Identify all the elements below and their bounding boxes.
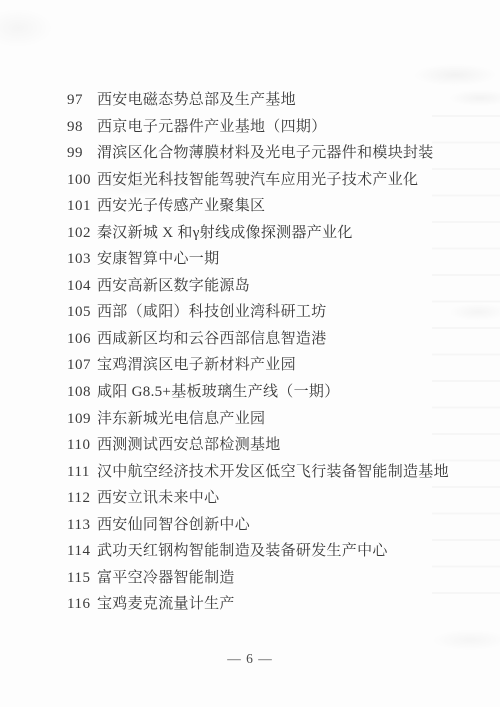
list-item: 111汉中航空经济技术开发区低空飞行装备智能制造基地: [67, 459, 449, 486]
document-page: 97西安电磁态势总部及生产基地98西京电子元器件产业基地（四期）99渭滨区化合物…: [0, 0, 500, 707]
item-title: 武功天红钢构智能制造及装备研发生产中心: [97, 538, 388, 565]
list-item: 108咸阳 G8.5+基板玻璃生产线（一期）: [67, 379, 449, 406]
item-title: 西安光子传感产业聚集区: [97, 193, 265, 220]
item-number: 110: [67, 432, 97, 459]
item-title: 西安仙同智谷创新中心: [97, 512, 250, 539]
list-item: 100西安炬光科技智能驾驶汽车应用光子技术产业化: [67, 167, 449, 194]
list-item: 116宝鸡麦克流量计生产: [67, 591, 449, 618]
item-title: 西测测试西安总部检测基地: [97, 432, 281, 459]
project-list: 97西安电磁态势总部及生产基地98西京电子元器件产业基地（四期）99渭滨区化合物…: [67, 87, 449, 618]
list-item: 102秦汉新城 X 和γ射线成像探测器产业化: [67, 220, 449, 247]
item-title: 渭滨区化合物薄膜材料及光电子元器件和模块封装: [97, 140, 434, 167]
item-number: 107: [67, 352, 97, 379]
list-item: 115富平空冷器智能制造: [67, 565, 449, 592]
list-item: 109沣东新城光电信息产业园: [67, 406, 449, 433]
item-title: 西京电子元器件产业基地（四期）: [97, 114, 327, 141]
item-number: 101: [67, 193, 97, 220]
item-title: 安康智算中心一期: [97, 246, 219, 273]
list-item: 105西部（咸阳）科技创业湾科研工坊: [67, 299, 449, 326]
item-title: 秦汉新城 X 和γ射线成像探测器产业化: [97, 220, 353, 247]
item-title: 西安高新区数字能源岛: [97, 273, 250, 300]
item-number: 112: [67, 485, 97, 512]
item-number: 103: [67, 246, 97, 273]
item-number: 102: [67, 220, 97, 247]
item-number: 108: [67, 379, 97, 406]
item-title: 咸阳 G8.5+基板玻璃生产线（一期）: [97, 379, 340, 406]
item-number: 105: [67, 299, 97, 326]
item-number: 114: [67, 538, 97, 565]
item-number: 104: [67, 273, 97, 300]
item-number: 100: [67, 167, 97, 194]
list-item: 106西咸新区均和云谷西部信息智造港: [67, 326, 449, 353]
list-item: 104西安高新区数字能源岛: [67, 273, 449, 300]
item-title: 富平空冷器智能制造: [97, 565, 235, 592]
item-number: 113: [67, 512, 97, 539]
item-title: 西咸新区均和云谷西部信息智造港: [97, 326, 327, 353]
list-item: 110西测测试西安总部检测基地: [67, 432, 449, 459]
page-number: — 6 —: [0, 651, 500, 667]
item-title: 沣东新城光电信息产业园: [97, 406, 265, 433]
list-item: 99渭滨区化合物薄膜材料及光电子元器件和模块封装: [67, 140, 449, 167]
list-item: 103安康智算中心一期: [67, 246, 449, 273]
item-number: 98: [67, 114, 97, 141]
item-title: 西安炬光科技智能驾驶汽车应用光子技术产业化: [97, 167, 418, 194]
item-number: 97: [67, 87, 97, 114]
item-number: 99: [67, 140, 97, 167]
list-item: 113西安仙同智谷创新中心: [67, 512, 449, 539]
item-title: 宝鸡麦克流量计生产: [97, 591, 235, 618]
item-title: 汉中航空经济技术开发区低空飞行装备智能制造基地: [97, 459, 449, 486]
list-item: 114武功天红钢构智能制造及装备研发生产中心: [67, 538, 449, 565]
list-item: 97西安电磁态势总部及生产基地: [67, 87, 449, 114]
item-title: 宝鸡渭滨区电子新材料产业园: [97, 352, 296, 379]
item-number: 116: [67, 591, 97, 618]
item-title: 西安电磁态势总部及生产基地: [97, 87, 296, 114]
item-number: 111: [67, 459, 97, 486]
item-number: 106: [67, 326, 97, 353]
item-number: 109: [67, 406, 97, 433]
list-item: 107宝鸡渭滨区电子新材料产业园: [67, 352, 449, 379]
list-item: 98西京电子元器件产业基地（四期）: [67, 114, 449, 141]
list-item: 112西安立讯未来中心: [67, 485, 449, 512]
item-number: 115: [67, 565, 97, 592]
item-title: 西部（咸阳）科技创业湾科研工坊: [97, 299, 327, 326]
item-title: 西安立讯未来中心: [97, 485, 219, 512]
list-item: 101西安光子传感产业聚集区: [67, 193, 449, 220]
